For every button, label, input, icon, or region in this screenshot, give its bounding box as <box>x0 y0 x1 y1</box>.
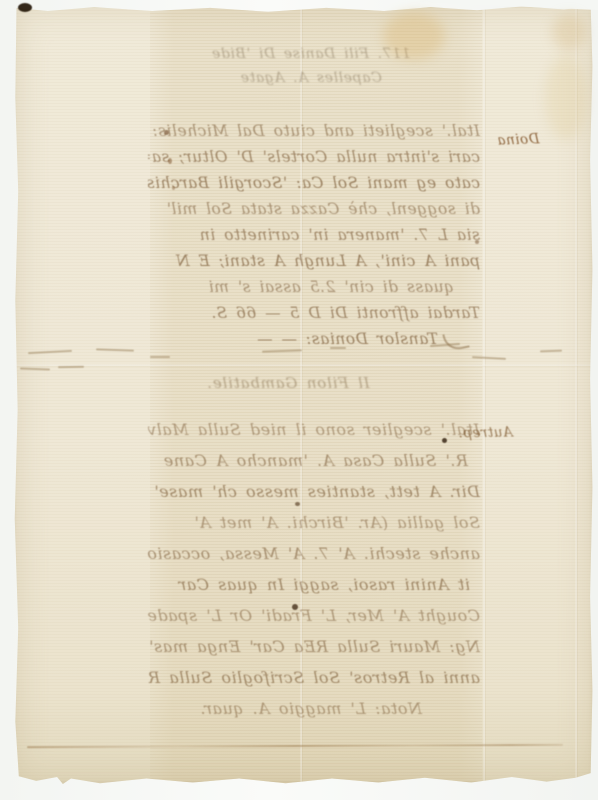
bleedthrough-band <box>150 4 482 784</box>
manuscript-paper <box>13 4 593 784</box>
vertical-crease <box>575 4 578 784</box>
vertical-crease <box>300 4 303 784</box>
scanned-manuscript-page: { "scan": { "background_color": "#f5f7f4… <box>0 0 598 800</box>
horizontal-crease <box>13 364 593 367</box>
vertical-crease <box>483 4 486 784</box>
